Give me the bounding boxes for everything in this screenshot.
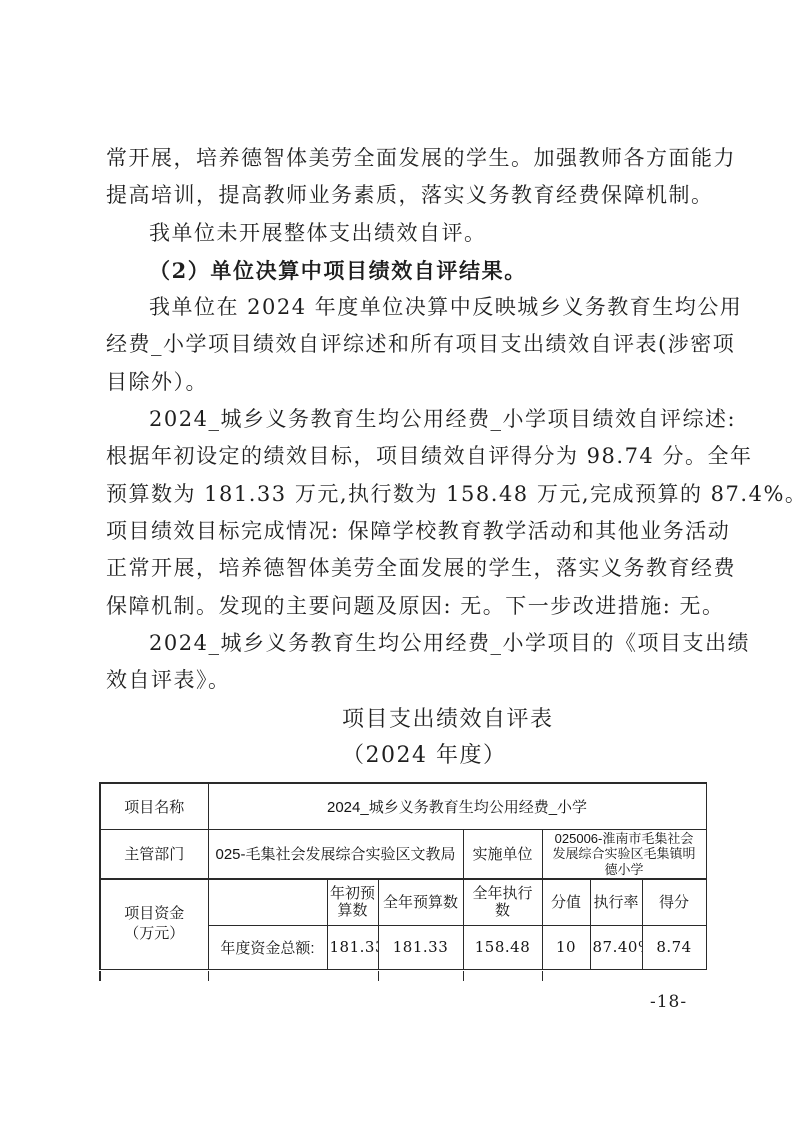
body-text-block: 常开展，培养德智体美劳全面发展的学生。加强教师各方面能力 提高培训，提高教师业务… (106, 140, 710, 699)
body-line: 保障机制。发现的主要问题及原因: 无。下一步改进措施: 无。 (106, 588, 710, 625)
body-line: 我单位未开展整体支出绩效自评。 (106, 215, 710, 252)
table-cut-line (463, 971, 464, 981)
cell-dept-label: 主管部门 (100, 829, 208, 879)
cell-row-total-exec-total: 158.48 (463, 925, 542, 969)
body-line: 根据年初设定的绩效目标，项目绩效自评得分为 98.74 分。全年 (106, 438, 710, 475)
body-line: 我单位在 2024 年度单位决算中反映城乡义务教育生均公用 (106, 289, 710, 326)
col-header-points: 分值 (542, 879, 590, 925)
funds-label-line2: （万元） (103, 924, 206, 944)
table-cut-line (208, 971, 209, 981)
body-line: 正常开展，培养德智体美劳全面发展的学生，落实义务教育经费 (106, 550, 710, 587)
cell-row-total-budget-total: 181.33 (378, 925, 463, 969)
cell-project-name-label: 项目名称 (100, 783, 208, 829)
cell-row-total-label: 年度资金总额: (208, 925, 327, 969)
body-line: 效自评表》。 (106, 662, 710, 699)
impl-value-line2: 发展综合实验区毛集镇明 (553, 846, 696, 861)
document-page: 常开展，培养德智体美劳全面发展的学生。加强教师各方面能力 提高培训，提高教师业务… (0, 0, 793, 1122)
body-line: 项目绩效目标完成情况: 保障学校教育教学活动和其他业务活动 (106, 513, 710, 550)
col-header-budget-total: 全年预算数 (378, 879, 463, 925)
impl-value-line1: 025006-淮南市毛集社会 (555, 831, 694, 846)
cell-row-total-exec-rate: 87.40% (590, 925, 642, 969)
self-evaluation-table: 项目名称 2024_城乡义务教育生均公用经费_小学 主管部门 025-毛集社会发… (99, 782, 707, 970)
col-header-exec-total: 全年执行数 (463, 879, 542, 925)
col-header-budget-initial: 年初预算数 (327, 879, 378, 925)
cell-empty (208, 879, 327, 925)
table-title: 项目支出绩效自评表 （2024 年度） (342, 702, 554, 774)
section-heading: （2）单位决算中项目绩效自评结果。 (106, 252, 710, 289)
body-line: 目除外）。 (106, 364, 710, 401)
table-cut-line (542, 971, 543, 981)
cell-impl-value: 025006-淮南市毛集社会发展综合实验区毛集镇明德小学 (542, 829, 706, 879)
body-line: 2024_城乡义务教育生均公用经费_小学项目绩效自评综述: (106, 401, 710, 438)
body-line: 常开展，培养德智体美劳全面发展的学生。加强教师各方面能力 (106, 140, 710, 177)
table-title-line1: 项目支出绩效自评表 (342, 702, 554, 738)
cell-impl-label: 实施单位 (463, 829, 542, 879)
table-cut-line (378, 971, 379, 981)
cell-row-total-score: 8.74 (642, 925, 706, 969)
body-line: 经费_小学项目绩效自评综述和所有项目支出绩效自评表(涉密项 (106, 326, 710, 363)
cell-project-name-value: 2024_城乡义务教育生均公用经费_小学 (208, 783, 706, 829)
body-line: 2024_城乡义务教育生均公用经费_小学项目的《项目支出绩 (106, 625, 710, 662)
body-line: 提高培训，提高教师业务素质，落实义务教育经费保障机制。 (106, 177, 710, 214)
table-title-line2: （2024 年度） (342, 738, 554, 774)
body-line: 预算数为 181.33 万元,执行数为 158.48 万元,完成预算的 87.4… (106, 476, 710, 513)
funds-label-line1: 项目资金 (103, 904, 206, 924)
cell-row-total-points: 10 (542, 925, 590, 969)
col-header-exec-rate: 执行率 (590, 879, 642, 925)
cell-funds-label: 项目资金 （万元） (100, 879, 208, 969)
cell-dept-value: 025-毛集社会发展综合实验区文教局 (208, 829, 463, 879)
page-number: -18- (650, 992, 687, 1012)
table-cut-line (99, 971, 101, 981)
cell-row-total-budget-initial: 181.33 (327, 925, 378, 969)
col-header-score: 得分 (642, 879, 706, 925)
impl-value-line3: 德小学 (605, 862, 644, 877)
